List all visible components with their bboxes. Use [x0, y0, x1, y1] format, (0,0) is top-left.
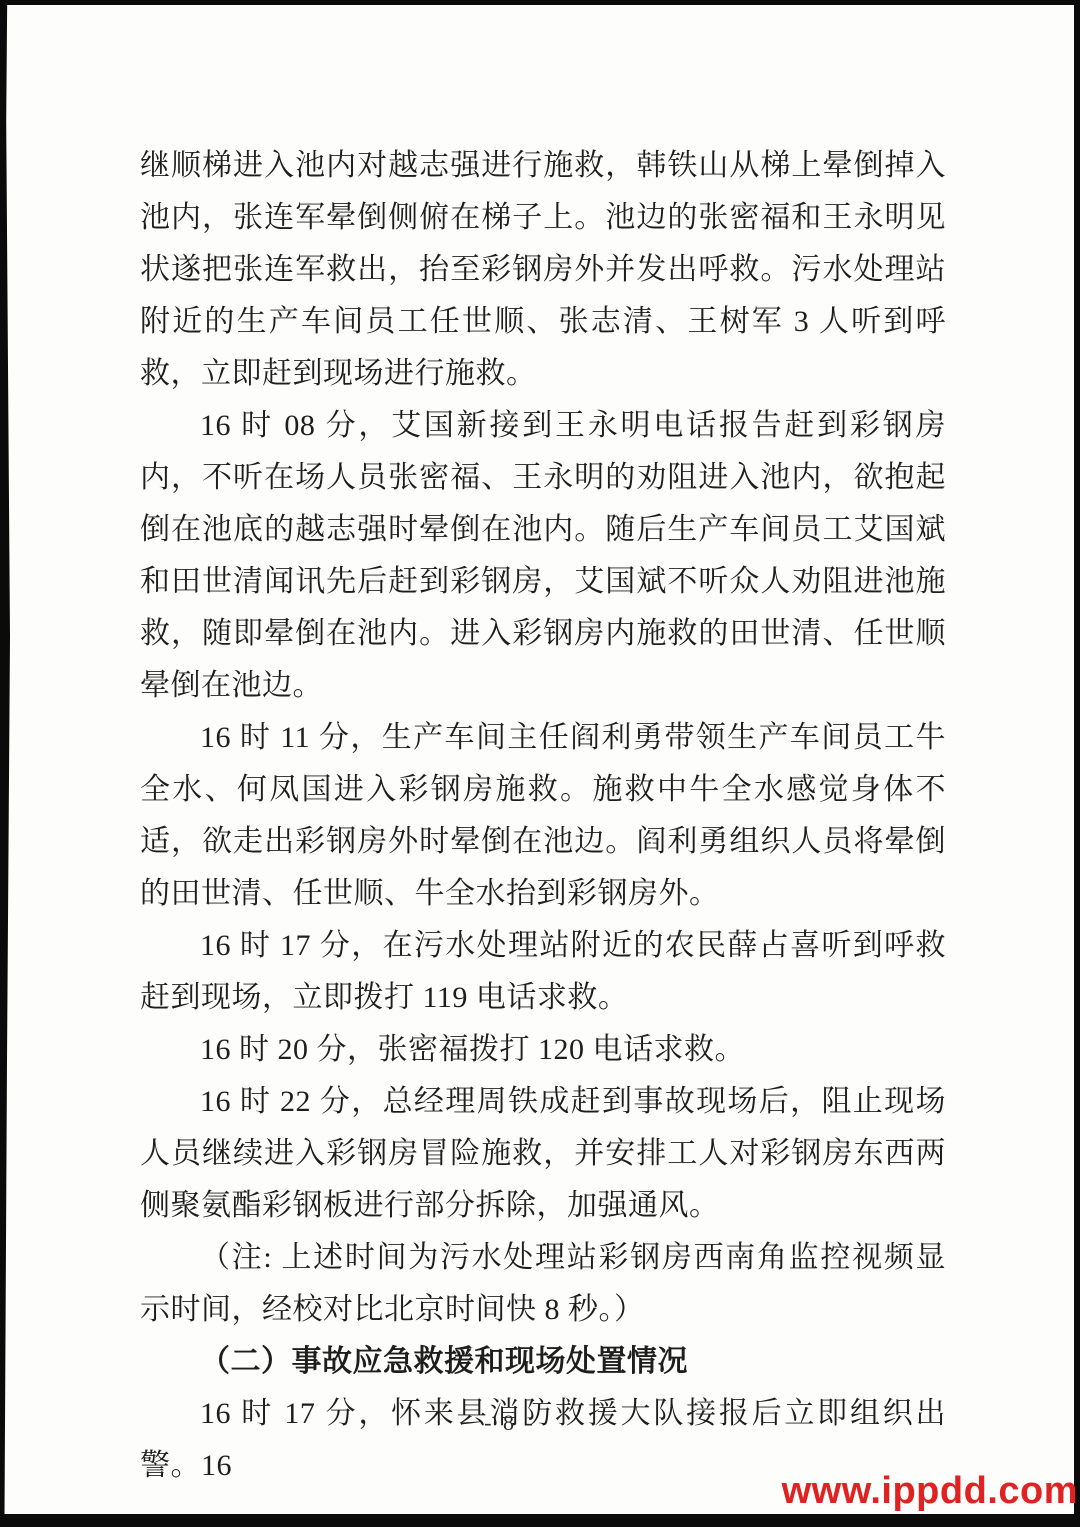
paragraph: 16 时 17 分，在污水处理站附近的农民薛占喜听到呼救赶到现场，立即拨打 11…: [140, 920, 946, 1024]
section-heading: （二）事故应急救援和现场处置情况: [140, 1336, 946, 1388]
paragraph: （注: 上述时间为污水处理站彩钢房西南角监控视频显示时间，经校对比北京时间快 8…: [140, 1232, 946, 1336]
paragraph: 16 时 20 分，张密福拨打 120 电话求救。: [140, 1024, 946, 1076]
paragraph: 16 时 22 分，总经理周铁成赶到事故现场后，阻止现场人员继续进入彩钢房冒险施…: [140, 1076, 946, 1232]
document-page: 继顺梯进入池内对越志强进行施救，韩铁山从梯上晕倒掉入池内，张连军晕倒侧俯在梯子上…: [0, 0, 1080, 1527]
document-body: 继顺梯进入池内对越志强进行施救，韩铁山从梯上晕倒掉入池内，张连军晕倒侧俯在梯子上…: [140, 140, 946, 1492]
scan-edge-top: [0, 0, 1080, 5]
scan-edge-left: [0, 0, 10, 1516]
watermark-url: www.ippdd.com: [782, 1470, 1078, 1513]
paragraph: 16 时 08 分，艾国新接到王永明电话报告赶到彩钢房内，不听在场人员张密福、王…: [140, 400, 946, 712]
paragraph: 继顺梯进入池内对越志强进行施救，韩铁山从梯上晕倒掉入池内，张连军晕倒侧俯在梯子上…: [140, 140, 946, 400]
paragraph: 16 时 11 分，生产车间主任阎利勇带领生产车间员工牛全水、何凤国进入彩钢房施…: [140, 712, 946, 920]
scan-edge-right: [1074, 0, 1080, 1516]
page-number: - 8 -: [430, 1410, 590, 1436]
scan-edge-bottom: [0, 1514, 1080, 1527]
